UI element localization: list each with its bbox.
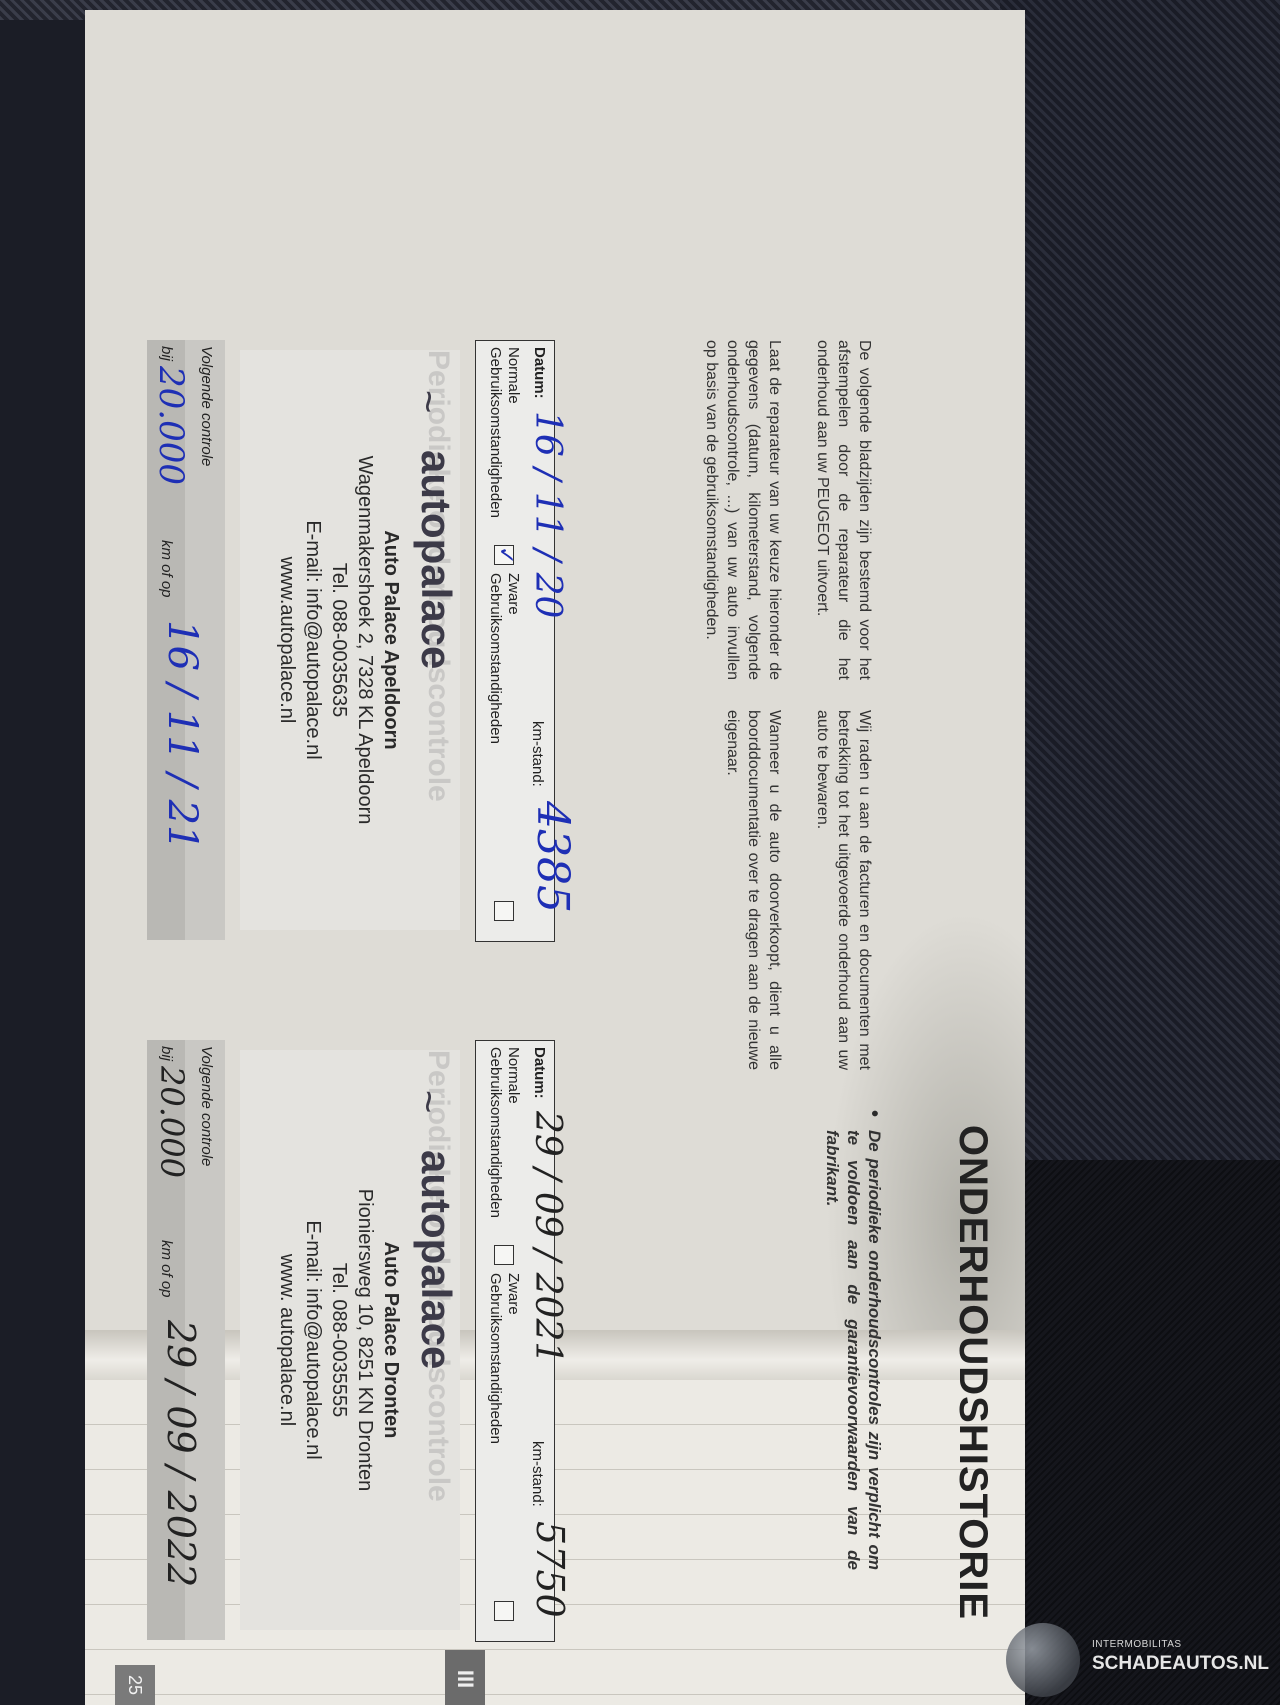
dealer-email: E-mail: info@autopalace.nl bbox=[301, 1050, 324, 1630]
autopalace-swoosh-icon: ~ bbox=[405, 390, 450, 413]
next-service-label: Volgende controle bbox=[198, 1046, 215, 1166]
intro-paragraph-1: De volgende bladzijden zijn bestemd voor… bbox=[812, 340, 875, 680]
entry-header-box: Datum: 29 / 09 / 2021 km-stand: 5750 Nor… bbox=[475, 1040, 555, 1642]
dealer-name: Auto Palace Dronten bbox=[379, 1050, 402, 1630]
at-label: bij bbox=[158, 346, 175, 361]
entry-date: 29 / 09 / 2021 bbox=[527, 1111, 568, 1364]
intro-paragraph-3: Wij raden u aan de facturen en documente… bbox=[812, 710, 875, 1070]
next-service-row: bij 20.000 km of op 29 / 09 / 2022 bbox=[147, 1040, 185, 1640]
dealer-email: E-mail: info@autopalace.nl bbox=[301, 350, 324, 930]
dealer-logo: autopalace bbox=[412, 1150, 460, 1369]
km-or-on-label: km of op bbox=[158, 1240, 175, 1298]
warranty-note: De periodieke onderhoudscontroles zijn v… bbox=[822, 1130, 885, 1570]
next-service-date: 29 / 09 / 2022 bbox=[159, 1320, 203, 1587]
next-service-date: 16 / 11 / 21 bbox=[159, 620, 205, 851]
maintenance-booklet-page: ONDERHOUDSHISTORIE De volgende bladzijde… bbox=[85, 10, 1025, 1705]
maintenance-entry-1: Datum: 16 / 11 / 20 km-stand: 4385 Norma… bbox=[135, 340, 555, 940]
maintenance-entry-2: Datum: 29 / 09 / 2021 km-stand: 5750 Nor… bbox=[135, 1040, 555, 1640]
normal-conditions-checkbox bbox=[494, 1245, 514, 1265]
heavy-conditions-label: Zware Gebruiksomstandigheden bbox=[486, 1273, 522, 1463]
heavy-conditions-label: Zware Gebruiksomstandigheden bbox=[486, 573, 522, 763]
next-service-box: Volgende controle bij 20.000 km of op 29… bbox=[147, 1040, 225, 1640]
entry-date: 16 / 11 / 20 bbox=[527, 411, 568, 618]
intro-paragraph-2: Laat de reparateur van uw keuze hieronde… bbox=[701, 340, 785, 680]
page-title: ONDERHOUDSHISTORIE bbox=[950, 1125, 995, 1620]
dealer-website: www. autopalace.nl bbox=[275, 1050, 298, 1630]
watermark: INTERMOBILITAS SCHADEAUTOS.NL bbox=[1000, 1615, 1280, 1705]
entry-header-box: Datum: 16 / 11 / 20 km-stand: 4385 Norma… bbox=[475, 340, 555, 942]
km-or-on-label: km of op bbox=[158, 540, 175, 598]
next-service-km: 20.000 bbox=[153, 1066, 191, 1178]
at-label: bij bbox=[158, 1046, 175, 1061]
page-number: 25 bbox=[115, 1665, 155, 1705]
entry-km: 5750 bbox=[528, 1521, 572, 1618]
km-label: km-stand: bbox=[529, 1441, 546, 1507]
normal-conditions-label: Normale Gebruiksomstandigheden bbox=[486, 1047, 522, 1237]
watermark-subtitle: INTERMOBILITAS bbox=[1092, 1639, 1182, 1650]
dealer-stamp: Periodieke onderhoudscontrole ~ autopala… bbox=[240, 350, 460, 930]
next-service-km: 20.000 bbox=[151, 366, 191, 485]
globe-icon bbox=[1006, 1623, 1080, 1697]
intro-paragraph-4: Wanneer u de auto doorverkoopt, dient u … bbox=[722, 710, 785, 1070]
section-marker: III bbox=[445, 1650, 485, 1705]
heavy-conditions-checkbox bbox=[494, 1601, 514, 1621]
autopalace-swoosh-icon: ~ bbox=[405, 1090, 450, 1113]
normal-conditions-checkbox: ✓ bbox=[494, 545, 514, 565]
date-label: Datum: bbox=[531, 347, 548, 399]
dealer-phone: Tel. 088-0035635 bbox=[327, 350, 350, 930]
normal-conditions-label: Normale Gebruiksomstandigheden bbox=[486, 347, 522, 537]
watermark-title: SCHADEAUTOS.NL bbox=[1092, 1653, 1269, 1675]
bullet-icon: • bbox=[862, 1110, 885, 1117]
next-service-box: Volgende controle bij 20.000 km of op 16… bbox=[147, 340, 225, 940]
heavy-conditions-checkbox bbox=[494, 901, 514, 921]
dealer-website: www.autopalace.nl bbox=[275, 350, 298, 930]
dealer-stamp: Periodieke onderhoudscontrole ~ autopala… bbox=[240, 1050, 460, 1630]
dealer-address: Wagenmakershoek 2, 7328 KL Apeldoorn bbox=[353, 350, 376, 930]
dealer-name: Auto Palace Apeldoorn bbox=[379, 350, 402, 930]
next-service-label: Volgende controle bbox=[198, 346, 215, 466]
dealer-logo: autopalace bbox=[412, 450, 460, 669]
dealer-address: Pioniersweg 10, 8251 KN Dronten bbox=[353, 1050, 376, 1630]
next-service-row: bij 20.000 km of op 16 / 11 / 21 bbox=[147, 340, 185, 940]
km-label: km-stand: bbox=[529, 721, 546, 787]
dealer-phone: Tel. 088-0035555 bbox=[327, 1050, 350, 1630]
checkmark-icon: ✓ bbox=[493, 546, 519, 564]
entry-km: 4385 bbox=[527, 801, 578, 913]
date-label: Datum: bbox=[531, 1047, 548, 1099]
